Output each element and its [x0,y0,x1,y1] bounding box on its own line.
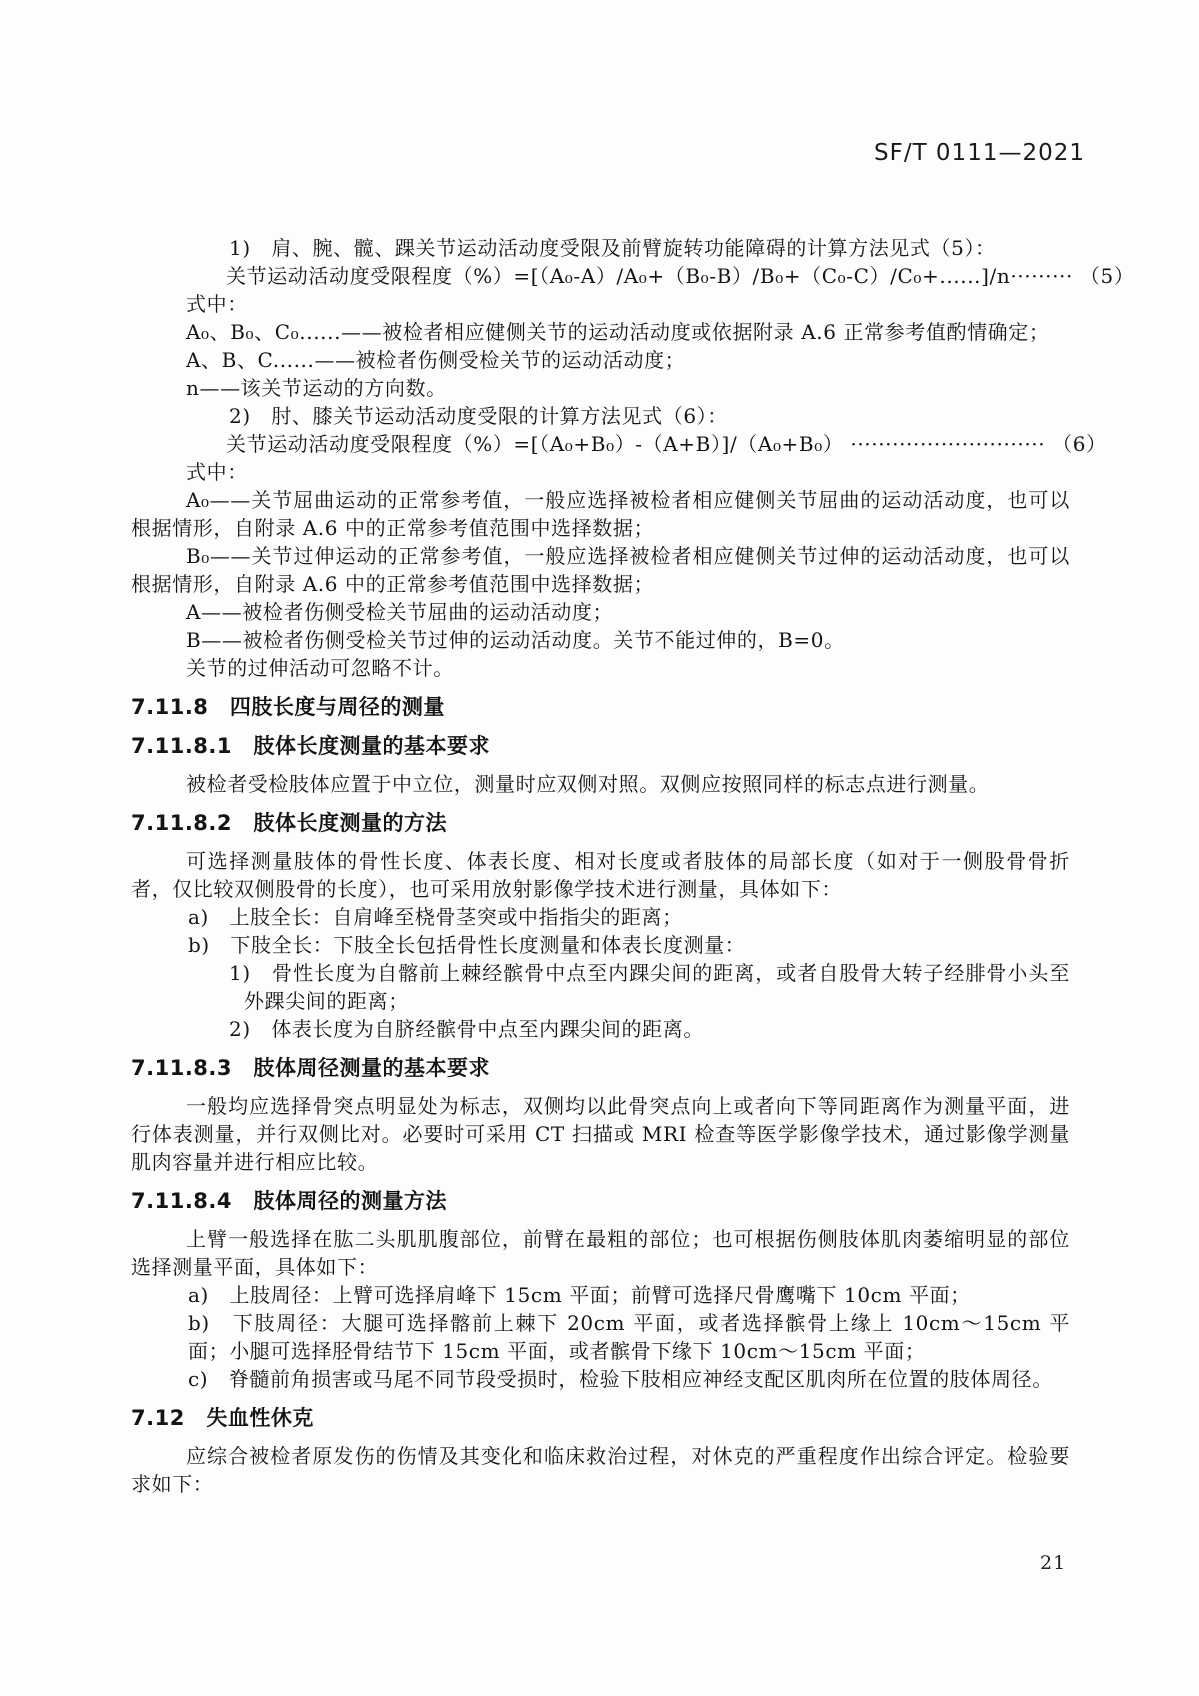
section-heading: 7.11.8.4 肢体周径的测量方法 [131,1187,1070,1215]
section-heading: 7.12 失血性休克 [131,1404,1070,1432]
paragraph: 关节的过伸活动可忽略不计。 [131,654,1070,682]
document-page: SF/T 0111—2021 1) 肩、腕、髋、踝关节运动活动度受限及前臂旋转功… [0,0,1199,1696]
paragraph: A₀、B₀、C₀......——被检者相应健侧关节的运动活动度或依据附录 A.6… [131,318,1070,346]
list-item: 2) 肘、膝关节运动活动度受限的计算方法见式（6）： [131,402,1070,430]
list-item: a) 上肢全长：自肩峰至桡骨茎突或中指指尖的距离； [131,903,1070,931]
list-item: b) 下肢周径：大腿可选择髂前上棘下 20cm 平面，或者选择髌骨上缘上 10c… [131,1309,1070,1365]
document-body: 1) 肩、腕、髋、踝关节运动活动度受限及前臂旋转功能障碍的计算方法见式（5）：关… [131,234,1070,1498]
paragraph: 一般均应选择骨突点明显处为标志，双侧均以此骨突点向上或者向下等同距离作为测量平面… [131,1092,1070,1176]
paragraph: 式中： [131,458,1070,486]
paragraph: A、B、C......——被检者伤侧受检关节的运动活动度； [131,346,1070,374]
paragraph: 上臂一般选择在肱二头肌肌腹部位，前臂在最粗的部位；也可根据伤侧肢体肌肉萎缩明显的… [131,1225,1070,1281]
formula-line: 关节运动活动度受限程度（%）=[（A₀+B₀）-（A+B）]/（A₀+B₀） ·… [131,430,1070,458]
paragraph: 可选择测量肢体的骨性长度、体表长度、相对长度或者肢体的局部长度（如对于一侧股骨骨… [131,847,1070,903]
paragraph: 被检者受检肢体应置于中立位，测量时应双侧对照。双侧应按照同样的标志点进行测量。 [131,770,1070,798]
section-heading: 7.11.8 四肢长度与周径的测量 [131,693,1070,721]
page-number: 21 [1040,1552,1066,1574]
section-heading: 7.11.8.3 肢体周径测量的基本要求 [131,1054,1070,1082]
section-heading: 7.11.8.1 肢体长度测量的基本要求 [131,732,1070,760]
list-item: b) 下肢全长：下肢全长包括骨性长度测量和体表长度测量： [131,931,1070,959]
paragraph: B₀——关节过伸运动的正常参考值，一般应选择被检者相应健侧关节过伸的运动活动度，… [131,542,1070,598]
list-item: 1) 肩、腕、髋、踝关节运动活动度受限及前臂旋转功能障碍的计算方法见式（5）： [131,234,1070,262]
paragraph: n——该关节运动的方向数。 [131,374,1070,402]
list-item: c) 脊髓前角损害或马尾不同节段受损时，检验下肢相应神经支配区肌肉所在位置的肢体… [131,1365,1070,1393]
paragraph: 应综合被检者原发伤的伤情及其变化和临床救治过程，对休克的严重程度作出综合评定。检… [131,1442,1070,1498]
paragraph: B——被检者伤侧受检关节过伸的运动活动度。关节不能过伸的，B=0。 [131,626,1070,654]
paragraph: A₀——关节屈曲运动的正常参考值，一般应选择被检者相应健侧关节屈曲的运动活动度，… [131,486,1070,542]
paragraph: 式中： [131,290,1070,318]
section-heading: 7.11.8.2 肢体长度测量的方法 [131,809,1070,837]
paragraph: A——被检者伤侧受检关节屈曲的运动活动度； [131,598,1070,626]
list-item: 2) 体表长度为自脐经髌骨中点至内踝尖间的距离。 [131,1015,1070,1043]
list-item: 1) 骨性长度为自髂前上棘经髌骨中点至内踝尖间的距离，或者自股骨大转子经腓骨小头… [131,959,1070,1015]
list-item: a) 上肢周径：上臂可选择肩峰下 15cm 平面；前臂可选择尺骨鹰嘴下 10cm… [131,1281,1070,1309]
standard-number-header: SF/T 0111—2021 [874,140,1085,166]
formula-line: 关节运动活动度受限程度（%）=[（A₀-A）/A₀+（B₀-B）/B₀+（C₀-… [131,262,1070,290]
